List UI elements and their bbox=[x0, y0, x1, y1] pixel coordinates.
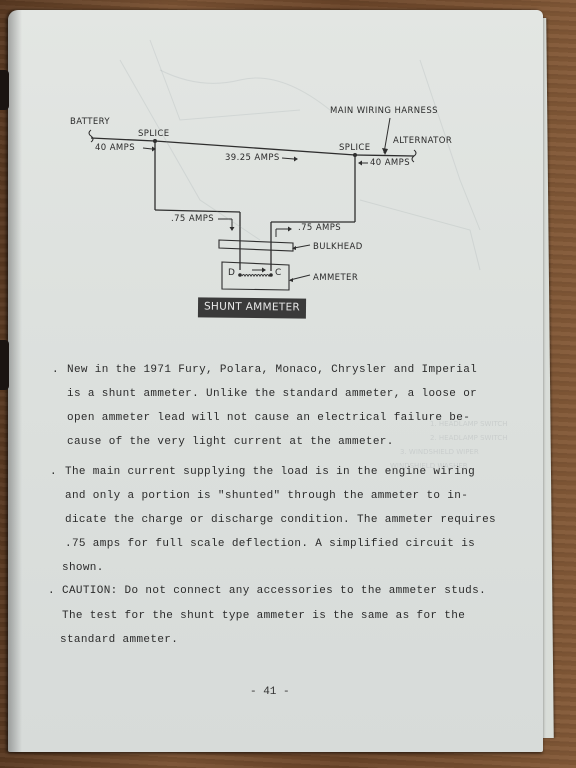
text-line: The test for the shunt type ammeter is t… bbox=[62, 610, 465, 622]
label-alternator: ALTERNATOR bbox=[393, 136, 452, 146]
text-line: cause of the very light current at the a… bbox=[67, 436, 394, 448]
bullet: . bbox=[50, 466, 57, 478]
label-amps-alternator: 40 AMPS bbox=[370, 158, 410, 168]
text-line: The main current supplying the load is i… bbox=[65, 466, 475, 478]
text-line: is a shunt ammeter. Unlike the standard … bbox=[67, 388, 477, 400]
label-battery: BATTERY bbox=[70, 117, 110, 127]
label-splice-left: SPLICE bbox=[138, 129, 169, 139]
bullet: . bbox=[52, 364, 59, 376]
text-line: and only a portion is "shunted" through … bbox=[65, 490, 468, 502]
label-main-wiring-harness: MAIN WIRING HARNESS bbox=[330, 106, 438, 116]
label-bulkhead: BULKHEAD bbox=[313, 242, 363, 252]
caption-text: SHUNT AMMETER bbox=[198, 300, 306, 313]
label-amps-main: 39.25 AMPS bbox=[225, 153, 280, 163]
text-line: dicate the charge or discharge condition… bbox=[65, 514, 496, 526]
text-line: shown. bbox=[62, 562, 104, 574]
label-amps-right-lead: .75 AMPS bbox=[298, 223, 341, 233]
label-terminal-c: C bbox=[275, 268, 282, 278]
page-number: - 41 - bbox=[250, 686, 290, 698]
bleed-through-text: 2. HEADLAMP SWITCH bbox=[430, 434, 508, 442]
label-terminal-d: D bbox=[228, 268, 235, 278]
bullet: . bbox=[48, 585, 55, 597]
shunt-ammeter-diagram: BATTERY SPLICE 40 AMPS 39.25 AMPS MAIN W… bbox=[0, 0, 576, 340]
text-line: CAUTION: Do not connect any accessories … bbox=[62, 585, 486, 597]
text-line: New in the 1971 Fury, Polara, Monaco, Ch… bbox=[67, 364, 477, 376]
binder-edge bbox=[0, 340, 9, 390]
label-amps-battery: 40 AMPS bbox=[95, 143, 135, 153]
text-line: .75 amps for full scale deflection. A si… bbox=[65, 538, 475, 550]
label-ammeter: AMMETER bbox=[313, 273, 358, 283]
wiring-lines bbox=[0, 0, 576, 340]
bleed-through-text: 3. WINDSHIELD WIPER bbox=[400, 448, 479, 456]
diagram-caption: SHUNT AMMETER bbox=[198, 297, 306, 318]
text-line: open ammeter lead will not cause an elec… bbox=[67, 412, 470, 424]
label-splice-right: SPLICE bbox=[339, 143, 370, 153]
text-line: standard ammeter. bbox=[60, 634, 178, 646]
label-amps-left-lead: .75 AMPS bbox=[171, 214, 214, 224]
